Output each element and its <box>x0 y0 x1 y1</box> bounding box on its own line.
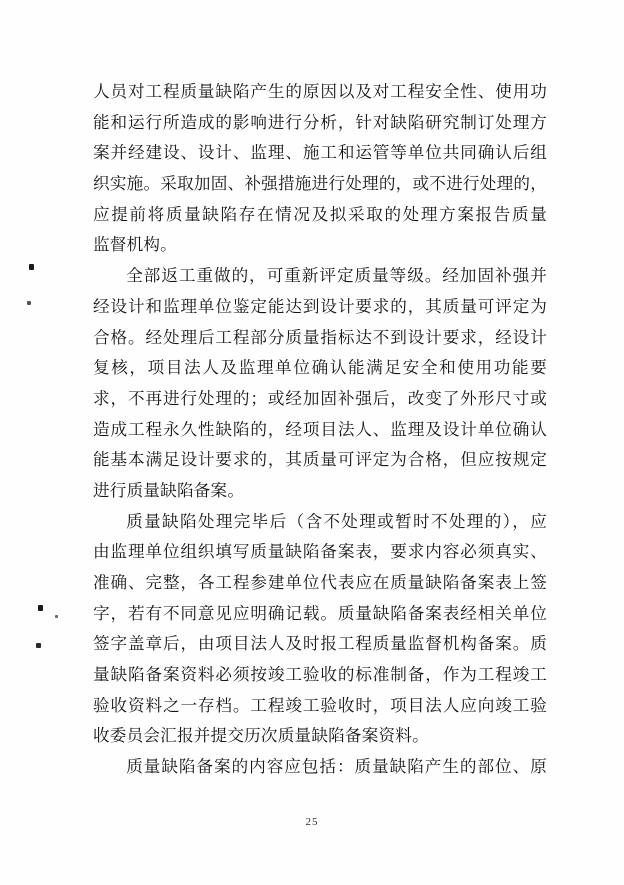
text-line: 监督机构。 <box>93 230 547 261</box>
text-line: 收委员会汇报并提交历次质量缺陷备案资料。 <box>93 721 547 752</box>
document-page: 人员对工程质量缺陷产生的原因以及对工程安全性、使用功 能和运行所造成的影响进行分… <box>0 0 624 885</box>
text-line: 复核，项目法人及监理单位确认能满足安全和使用功能要 <box>93 353 547 384</box>
text-line: 量缺陷备案资料必须按竣工验收的标准制备，作为工程竣工 <box>93 660 547 691</box>
scan-speck <box>55 615 58 618</box>
text-line: 签字盖章后，由项目法人及时报工程质量监督机构备案。质 <box>93 629 547 660</box>
text-line: 合格。经处理后工程部分质量指标达不到设计要求，经设计 <box>93 323 547 354</box>
text-line: 案并经建设、设计、监理、施工和运管等单位共同确认后组 <box>93 138 547 169</box>
text-line: 全部返工重做的，可重新评定质量等级。经加固补强并 <box>93 261 547 292</box>
text-line: 字，若有不同意见应明确记载。质量缺陷备案表经相关单位 <box>93 599 547 630</box>
page-number: 25 <box>0 816 624 828</box>
text-line: 能和运行所造成的影响进行分析，针对缺陷研究制订处理方 <box>93 108 547 139</box>
text-line: 人员对工程质量缺陷产生的原因以及对工程安全性、使用功 <box>93 77 547 108</box>
text-line: 求，不再进行处理的；或经加固补强后，改变了外形尺寸或 <box>93 384 547 415</box>
text-block: 人员对工程质量缺陷产生的原因以及对工程安全性、使用功 能和运行所造成的影响进行分… <box>93 77 547 783</box>
scan-speck <box>36 643 41 648</box>
text-line: 造成工程永久性缺陷的，经项目法人、监理及设计单位确认 <box>93 415 547 446</box>
text-line: 能基本满足设计要求的，其质量可评定为合格，但应按规定 <box>93 445 547 476</box>
scan-speck <box>29 264 34 270</box>
scan-speck <box>27 301 31 305</box>
text-line: 质量缺陷处理完毕后（含不处理或暂时不处理的），应 <box>93 507 547 538</box>
text-line: 应提前将质量缺陷存在情况及拟采取的处理方案报告质量 <box>93 200 547 231</box>
text-line: 准确、完整，各工程参建单位代表应在质量缺陷备案表上签 <box>93 568 547 599</box>
text-line: 经设计和监理单位鉴定能达到设计要求的，其质量可评定为 <box>93 292 547 323</box>
text-line: 质量缺陷备案的内容应包括：质量缺陷产生的部位、原 <box>93 752 547 783</box>
text-line: 织实施。采取加固、补强措施进行处理的，或不进行处理的， <box>93 169 547 200</box>
scan-speck <box>38 605 43 611</box>
text-line: 进行质量缺陷备案。 <box>93 476 547 507</box>
text-line: 由监理单位组织填写质量缺陷备案表，要求内容必须真实、 <box>93 537 547 568</box>
text-line: 验收资料之一存档。工程竣工验收时，项目法人应向竣工验 <box>93 691 547 722</box>
